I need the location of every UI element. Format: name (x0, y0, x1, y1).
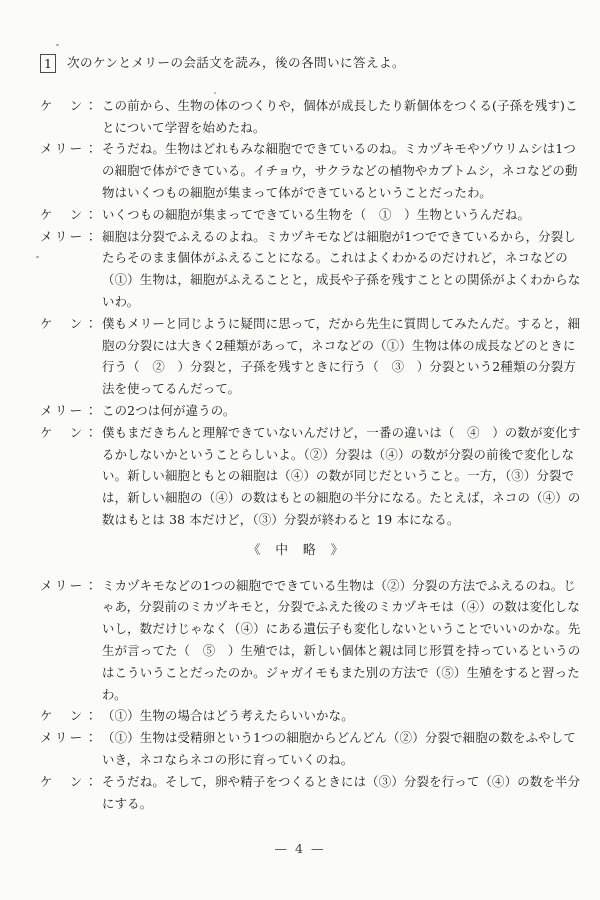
dialogue-line: 行う（ ② ）分裂と，子孫を残すときに行う（ ③ ）分裂という2種類の分裂方 (102, 356, 580, 378)
dialogue-part2: メリー：ミカヅキモなどの1つの細胞でできている生物は（②）分裂の方法でふえるのね… (40, 575, 580, 815)
dialogue-text: ミカヅキモなどの1つの細胞でできている生物は（②）分裂の方法でふえるのね。じゃあ… (102, 575, 580, 706)
speaker-label: メリー： (40, 400, 102, 422)
dialogue-line: そうだね。そして，卵や精子をつくるときには（③）分裂を行って（④）の数を半分 (102, 771, 580, 793)
dialogue-row: メリー：そうだね。生物はどれもみな細胞でできているのね。ミカヅキモやゾウリムシは… (40, 138, 580, 203)
speaker-label: ケ ン： (40, 771, 102, 793)
dialogue-line: この前から、生物の体のつくりや，個体が成長したり新個体をつくる(子孫を残す)こ (102, 95, 580, 117)
dialogue-line: ゃあ，分裂前のミカヅキモと，分裂でふえた後のミカヅキモは（④）の数は変化しな (102, 596, 580, 618)
question-number-box: 1 (40, 54, 56, 73)
dialogue-text: この2つは何が違うの。 (102, 400, 580, 422)
dialogue-line: 僕もまだきちんと理解できていないんだけど，一番の違いは（ ④ ）の数が変化す (102, 422, 580, 444)
dialogue-row: ケ ン：そうだね。そして，卵や精子をつくるときには（③）分裂を行って（④）の数を… (40, 771, 580, 815)
dialogue-text: 僕もメリーと同じように疑問に思って，だから先生に質問してみたんだ。すると，細胞の… (102, 313, 580, 400)
dialogue-row: ケ ン：（①）生物の場合はどう考えたらいいかな。 (40, 705, 580, 727)
exam-page: 1 次のケンとメリーの会話文を読み，後の各問いに答えよ。 ケ ン：この前から、生… (0, 0, 600, 900)
dialogue-line: わ。 (102, 684, 580, 706)
dialogue-line: 生が言ってた（ ⑤ ）生殖では，新しい個体と親は同じ形質を持っているというの (102, 640, 580, 662)
dialogue-line: 数はもとは 38 本だけど，（③）分裂が終わると 19 本になる。 (102, 509, 580, 531)
speaker-label: ケ ン： (40, 313, 102, 335)
dialogue-row: ケ ン：この前から、生物の体のつくりや，個体が成長したり新個体をつくる(子孫を残… (40, 95, 580, 139)
dialogue-line: いき，ネコならネコの形に育っていくのね。 (102, 749, 580, 771)
dialogue-line: この2つは何が違うの。 (102, 400, 580, 422)
dialogue-line: の細胞で体ができている。イチョウ，サクラなどの植物やカブトムシ，ネコなどの動 (102, 160, 580, 182)
dialogue-text: 僕もまだきちんと理解できていないんだけど，一番の違いは（ ④ ）の数が変化するか… (102, 422, 580, 531)
dialogue-row: メリー：この2つは何が違うの。 (40, 400, 580, 422)
dialogue-row: ケ ン：僕もまだきちんと理解できていないんだけど，一番の違いは（ ④ ）の数が変… (40, 422, 580, 531)
dialogue-line: たらそのまま個体がふえることになる。これはよくわかるのだけれど，ネコなどの (102, 247, 580, 269)
dialogue-line: はこういうことだったのか。ジャガイモもまた別の方法で（⑤）生殖をすると習った (102, 662, 580, 684)
dialogue-line: （①）生物は，細胞がふえることと，成長や子孫を残すこととの関係がよくわからな (102, 269, 580, 291)
dialogue-line: 法を使ってるんだって。 (102, 378, 580, 400)
scan-speck (36, 256, 39, 258)
dialogue-line: 物はいくつもの細胞が集まって体ができているということだったわ。 (102, 182, 580, 204)
speaker-label: ケ ン： (40, 705, 102, 727)
dialogue-text: この前から、生物の体のつくりや，個体が成長したり新個体をつくる(子孫を残す)こと… (102, 95, 580, 139)
page-number: — 4 — (0, 841, 600, 856)
speaker-label: メリー： (40, 575, 102, 597)
dialogue-row: メリー：細胞は分裂でふえるのよね。ミカヅキモなどは細胞が1つでできているから，分… (40, 226, 580, 313)
dialogue-line: とについて学習を始めたね。 (102, 117, 580, 139)
dialogue-line: いくつもの細胞が集まってできている生物を（ ① ）生物というんだね。 (102, 204, 580, 226)
dialogue-text: （①）生物は受精卵という1つの細胞からどんどん（②）分裂で細胞の数をふやしていき… (102, 727, 580, 771)
dialogue-line: るかしないかということらしいよ。（②）分裂は（④）の数が分裂の前後で変化しな (102, 444, 580, 466)
dialogue-line: にする。 (102, 793, 580, 815)
dialogue-text: そうだね。そして，卵や精子をつくるときには（③）分裂を行って（④）の数を半分にす… (102, 771, 580, 815)
question-instruction: 次のケンとメリーの会話文を読み，後の各問いに答えよ。 (67, 52, 405, 74)
dialogue-line: 胞の分裂には大きく2種類があって，ネコなどの（①）生物は体の成長などのときに (102, 335, 580, 357)
dialogue-line: いわ。 (102, 291, 580, 313)
dialogue-row: ケ ン：いくつもの細胞が集まってできている生物を（ ① ）生物というんだね。 (40, 204, 580, 226)
speaker-label: ケ ン： (40, 422, 102, 444)
dialogue-text: 細胞は分裂でふえるのよね。ミカヅキモなどは細胞が1つでできているから，分裂したら… (102, 226, 580, 313)
dialogue-line: そうだね。生物はどれもみな細胞でできているのね。ミカヅキモやゾウリムシは1つ (102, 138, 580, 160)
speaker-label: メリー： (40, 727, 102, 749)
speaker-label: メリー： (40, 226, 102, 248)
dialogue-line: （①）生物は受精卵という1つの細胞からどんどん（②）分裂で細胞の数をふやして (102, 727, 580, 749)
dialogue-text: （①）生物の場合はどう考えたらいいかな。 (102, 705, 580, 727)
dialogue-line: 僕もメリーと同じように疑問に思って，だから先生に質問してみたんだ。すると，細 (102, 313, 580, 335)
speaker-label: ケ ン： (40, 204, 102, 226)
dialogue-line: 細胞は分裂でふえるのよね。ミカヅキモなどは細胞が1つでできているから，分裂し (102, 226, 580, 248)
speaker-label: メリー： (40, 138, 102, 160)
dialogue-text: そうだね。生物はどれもみな細胞でできているのね。ミカヅキモやゾウリムシは1つの細… (102, 138, 580, 203)
speaker-label: ケ ン： (40, 95, 102, 117)
dialogue-row: メリー：（①）生物は受精卵という1つの細胞からどんどん（②）分裂で細胞の数をふや… (40, 727, 580, 771)
question-header: 1 次のケンとメリーの会話文を読み，後の各問いに答えよ。 (40, 52, 580, 74)
dialogue-text: いくつもの細胞が集まってできている生物を（ ① ）生物というんだね。 (102, 204, 580, 226)
dialogue-row: ケ ン：僕もメリーと同じように疑問に思って，だから先生に質問してみたんだ。すると… (40, 313, 580, 400)
dialogue-line: ミカヅキモなどの1つの細胞でできている生物は（②）分裂の方法でふえるのね。じ (102, 575, 580, 597)
dialogue-line: い。新しい細胞ともとの細胞は（④）の数が同じだということ。一方，（③）分裂で (102, 465, 580, 487)
dialogue-part1: ケ ン：この前から、生物の体のつくりや，個体が成長したり新個体をつくる(子孫を残… (40, 95, 580, 531)
dialogue-line: いし，数だけじゃなく（④）にある遺伝子も変化しないということでいいのかな。先 (102, 618, 580, 640)
scan-speck (214, 92, 216, 94)
ellipsis-marker: 《 中 略 》 (40, 540, 552, 562)
scan-speck (56, 44, 59, 46)
dialogue-line: は，新しい細胞の（④）の数はもとの細胞の半分になる。たとえば，ネコの（④）の (102, 487, 580, 509)
dialogue-line: （①）生物の場合はどう考えたらいいかな。 (102, 705, 580, 727)
dialogue-row: メリー：ミカヅキモなどの1つの細胞でできている生物は（②）分裂の方法でふえるのね… (40, 575, 580, 706)
